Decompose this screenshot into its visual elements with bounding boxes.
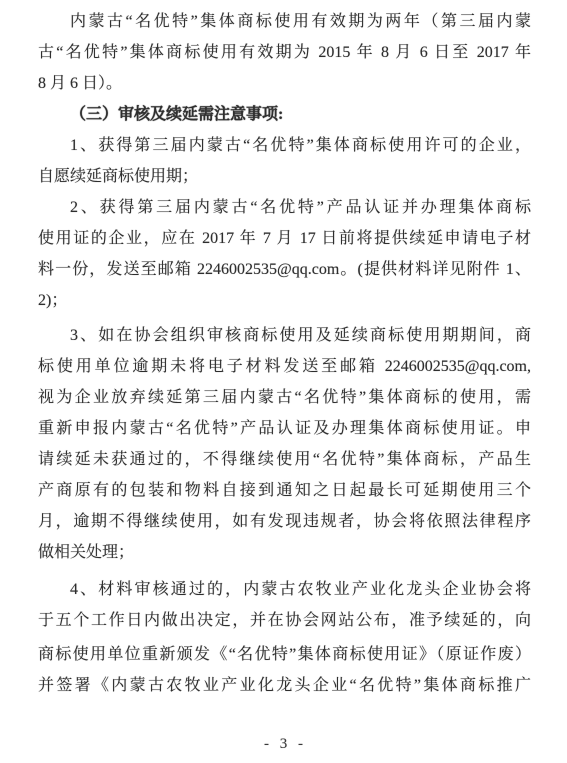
- text-line: 产商原有的包装和物料自接到通知之日起最长可延期使用三个: [38, 475, 531, 506]
- text-line: 料一份，发送至邮箱 2246002535@qq.com。(提供材料详见附件 1、: [38, 254, 531, 285]
- section-heading: （三）审核及续延需注意事项:: [38, 99, 531, 130]
- text-line: 重新申报内蒙古“名优特”产品认证及办理集体商标使用证。申: [38, 413, 531, 444]
- text-line: 古“名优特”集体商标使用有效期为 2015 年 8 月 6 日至 2017 年: [38, 37, 531, 68]
- text-line: 4、材料审核通过的，内蒙古农牧业产业化龙头企业协会将: [38, 574, 531, 605]
- text-line: 8 月 6 日）。: [38, 68, 531, 99]
- text-line: 自愿续延商标使用期；: [38, 161, 531, 192]
- text-line: 2)；: [38, 285, 531, 316]
- text-line: 使用证的企业，应在 2017 年 7 月 17 日前将提供续延申请电子材: [38, 223, 531, 254]
- text-line: 视为企业放弃续延第三届内蒙古“名优特”集体商标的使用，需: [38, 382, 531, 413]
- text-line: 标使用单位逾期未将电子材料发送至邮箱 2246002535@qq.com,: [38, 351, 531, 382]
- text-line: 2、获得第三届内蒙古“名优特”产品认证并办理集体商标: [38, 192, 531, 223]
- text-line: 内蒙古“名优特”集体商标使用有效期为两年（第三届内蒙: [38, 6, 531, 37]
- page-number: - 3 -: [0, 736, 567, 753]
- document-page: 内蒙古“名优特”集体商标使用有效期为两年（第三届内蒙 古“名优特”集体商标使用有…: [0, 0, 567, 763]
- document-text: 内蒙古“名优特”集体商标使用有效期为两年（第三届内蒙 古“名优特”集体商标使用有…: [38, 6, 531, 701]
- text-line: 于五个工作日内做出决定，并在协会网站公布，准予续延的，向: [38, 605, 531, 636]
- text-line: 请续延未获通过的，不得继续使用“名优特”集体商标，产品生: [38, 444, 531, 475]
- text-line: 做相关处理；: [38, 537, 531, 568]
- text-line: 3、如在协会组织审核商标使用及延续商标使用期期间，商: [38, 320, 531, 351]
- text-line: 并签署《内蒙古农牧业产业化龙头企业“名优特”集体商标推广: [38, 670, 531, 701]
- text-line: 月，逾期不得继续使用，如有发现违规者，协会将依照法律程序: [38, 506, 531, 537]
- text-line: 商标使用单位重新颁发《“名优特”集体商标使用证》（原证作废）: [38, 639, 531, 670]
- text-line: 1、获得第三届内蒙古“名优特”集体商标使用许可的企业，: [38, 130, 531, 161]
